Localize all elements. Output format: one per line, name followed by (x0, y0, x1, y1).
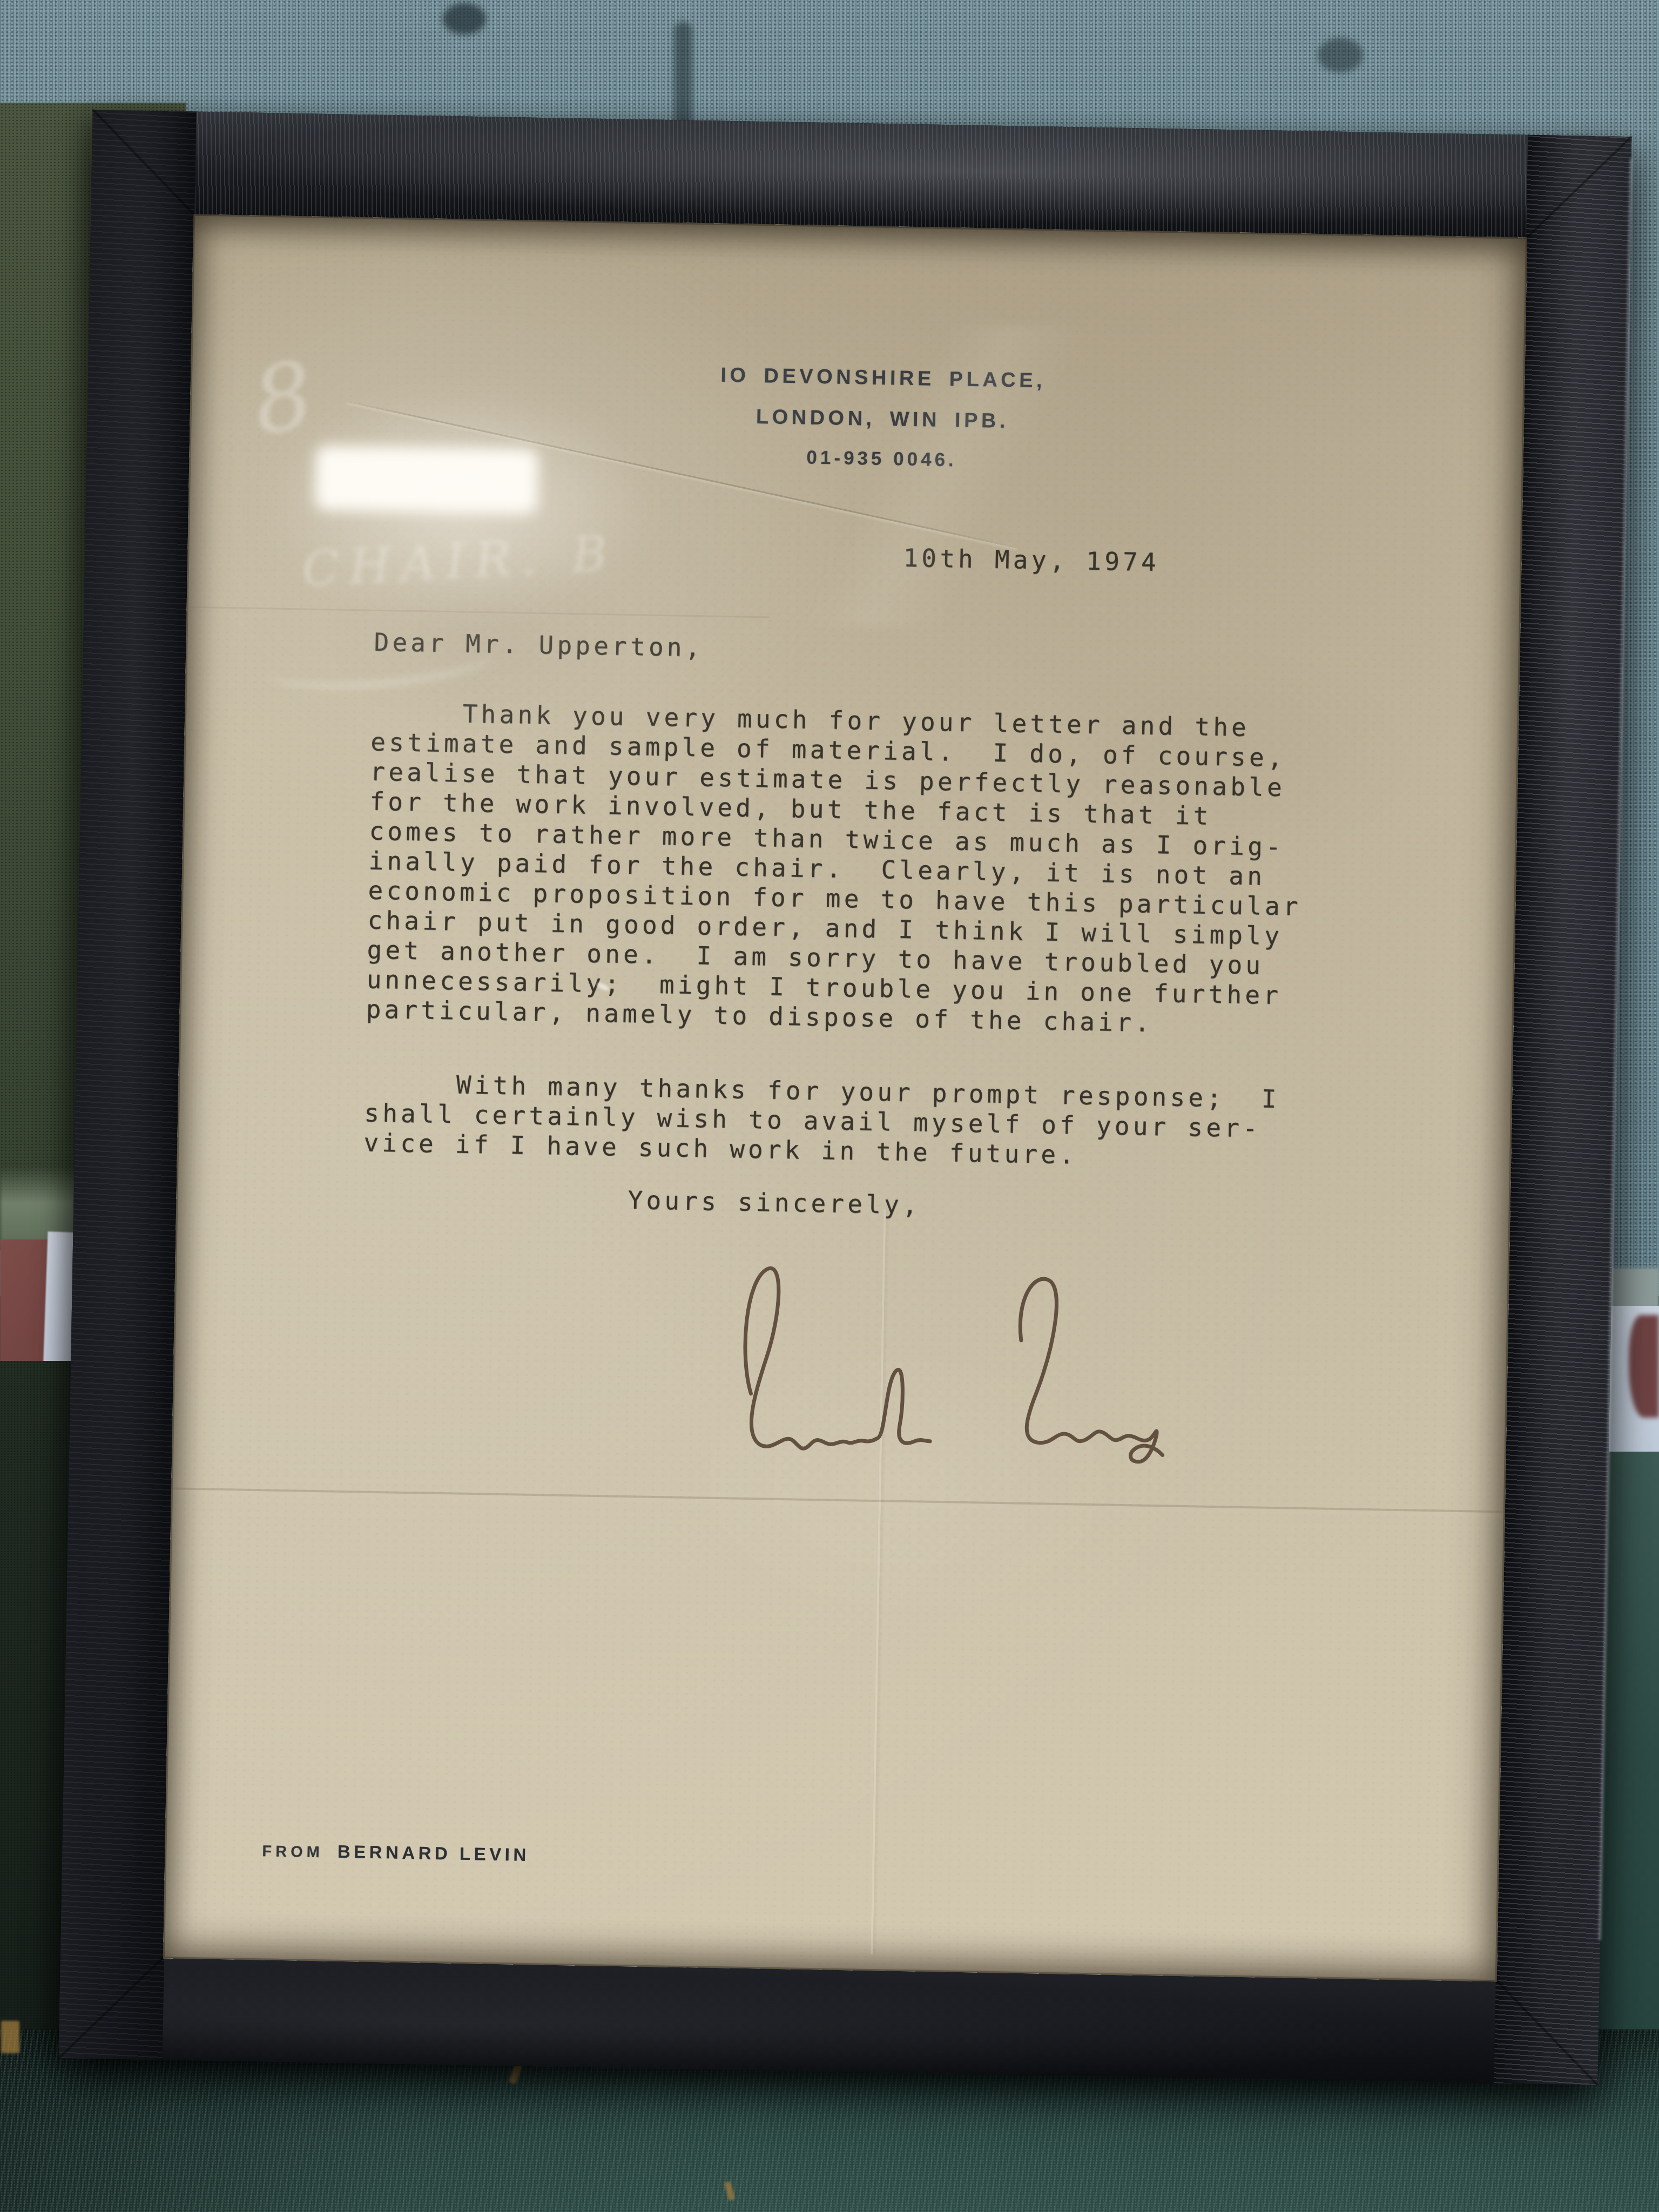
letter-closing: Yours sincerely, (628, 1185, 921, 1220)
burlap-knot (443, 3, 486, 35)
handwritten-signature (717, 1247, 1175, 1476)
letter-body-paragraph-2: With many thanks for your prompt respons… (363, 1068, 1280, 1174)
wood-fleck (1, 2021, 19, 2053)
maroon-patch-right (1629, 1315, 1659, 1418)
burlap-knot (1318, 38, 1363, 72)
picture-frame: IO DEVONSHIRE PLACE, LONDON, WIN IPB. 01… (59, 110, 1632, 2085)
photo-scene: IO DEVONSHIRE PLACE, LONDON, WIN IPB. 01… (0, 0, 1659, 2212)
sender-name: BERNARD LEVIN (338, 1842, 530, 1865)
from-label: FROM (262, 1843, 323, 1861)
framed-letter: IO DEVONSHIRE PLACE, LONDON, WIN IPB. 01… (163, 214, 1527, 1982)
glass-reflection-streak (694, 320, 1185, 631)
glass-reflection-highlight (315, 446, 538, 514)
